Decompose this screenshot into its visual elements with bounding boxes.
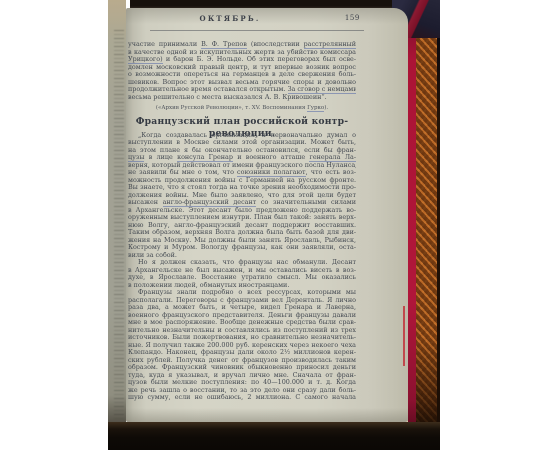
header-rule xyxy=(150,30,364,31)
text-line: («Архив Русской Революции», т. XV. Воспо… xyxy=(128,105,356,113)
text-line: должения войны. Мне было заявлено, что д… xyxy=(128,192,356,200)
text-column: участие принимали В. Ф. Трепов (впоследс… xyxy=(128,41,356,402)
text-line: оруженным выступлением изнутри. План был… xyxy=(128,214,356,222)
text-line: располагали. Переговоры с французами вел… xyxy=(128,297,356,305)
text-line: о возможности опереться на германцев в д… xyxy=(128,71,356,79)
text-line: в качестве одной из искупительных жертв … xyxy=(128,49,356,57)
text-line: жения на Москву. Мы должны были занять Я… xyxy=(128,237,356,245)
text-line: нюю Волгу, англо-французский десант подд… xyxy=(128,222,356,230)
paragraph-3: Но я должен сказать, что французы нас об… xyxy=(128,259,356,289)
text-line: высажен англо-французский десант со знач… xyxy=(128,199,356,207)
text-line: на этом плане я бы окончательно останови… xyxy=(128,147,356,155)
text-line: нительно незначительны и составлялись из… xyxy=(128,327,356,335)
text-line: не заявили бы мне о том, что союзники по… xyxy=(128,169,356,177)
text-line: шевиков. Вопрос этот вызвал весьма горяч… xyxy=(128,79,356,87)
text-line: выступлении в Москве силами этой организ… xyxy=(128,139,356,147)
text-line: Кострому и Муром. Вологду французы, как … xyxy=(128,244,356,252)
left-page-edge xyxy=(108,0,126,450)
text-line: шую сумму, если не ошибаюсь, 2 миллиона.… xyxy=(128,394,356,402)
text-line: Вы знаете, что я стоял тогда на точке зр… xyxy=(128,184,356,192)
cover-weave-edge xyxy=(416,0,437,450)
running-head: ОКТЯБРЬ. xyxy=(128,14,332,23)
text-line: в Архангельске. Этот десант было предлож… xyxy=(128,207,356,215)
text-line: военного французского представителя. Ден… xyxy=(128,312,356,320)
bottom-shadow-band xyxy=(108,422,440,450)
text-line: продолжительное время оставался открытым… xyxy=(128,86,356,94)
text-line: Клепандо. Наконец, французы дали около 2… xyxy=(128,349,356,357)
paragraph-2: „Когда создавалась организация, я первон… xyxy=(128,132,356,260)
text-line: вили за собой. xyxy=(128,252,356,260)
text-line: же речь зашла о восстании, то за это дел… xyxy=(128,387,356,395)
text-line: Таким образом, верхняя Волга должна была… xyxy=(128,229,356,237)
text-line: верня, который действовал от имени франц… xyxy=(128,162,356,170)
text-line: можность продолжения войны с Германией н… xyxy=(128,177,356,185)
text-line: образом. Французский чиновник обыкновенн… xyxy=(128,364,356,372)
text-line: мне в мое распоряжение. Вообще денежные … xyxy=(128,319,356,327)
red-margin-mark xyxy=(403,306,405,366)
text-line: ные. Я получил также 200.000 руб. керенс… xyxy=(128,342,356,350)
text-line: в положении людей, обманутых иностранцам… xyxy=(128,282,356,290)
text-line: раза два, а может быть, и четыре, видел … xyxy=(128,304,356,312)
text-line: Но я должен сказать, что французы нас об… xyxy=(128,259,356,267)
paragraph-4: Французы знали подробно о всех рессурсах… xyxy=(128,289,356,402)
text-line: в Архангельске не был высажен, и мы оста… xyxy=(128,267,356,275)
screenshot-canvas: ОКТЯБРЬ. 159 участие принимали В. Ф. Тре… xyxy=(0,0,550,450)
text-line: духе, в Ярославле. Восстание утратило см… xyxy=(128,274,356,282)
text-line: участие принимали В. Ф. Трепов (впоследс… xyxy=(128,41,356,49)
text-line: Французы знали подробно о всех рессурсах… xyxy=(128,289,356,297)
text-line: весьма решительно с места высказался А. … xyxy=(128,94,356,102)
page-number: 159 xyxy=(345,14,360,22)
page-header: ОКТЯБРЬ. 159 xyxy=(128,14,356,24)
book-page: ОКТЯБРЬ. 159 участие принимали В. Ф. Тре… xyxy=(126,8,408,422)
source-citation: («Архив Русской Революции», т. XV. Воспо… xyxy=(128,105,356,113)
cover-dark-edge xyxy=(437,0,440,450)
text-line: ских рублей. Получка денег от французов … xyxy=(128,357,356,365)
paragraph-1: участие принимали В. Ф. Трепов (впоследс… xyxy=(128,41,356,101)
section-heading: Французский план российской контр-револю… xyxy=(128,116,356,128)
text-line: „Когда создавалась организация, я первон… xyxy=(128,132,356,140)
text-line: домлен московский правый центр, и тут вп… xyxy=(128,64,356,72)
text-line: Урицкого) и барон Б. Э. Нольде. Об этих … xyxy=(128,56,356,64)
text-line: цузов были мелкие поступления: по 40—100… xyxy=(128,379,356,387)
text-line: источников. Были пожертвования, но сравн… xyxy=(128,334,356,342)
book-photo: ОКТЯБРЬ. 159 участие принимали В. Ф. Тре… xyxy=(108,0,440,450)
text-line: туда, куда я указывал, и вручал лично мн… xyxy=(128,372,356,380)
cover-crimson-trim xyxy=(408,0,416,448)
text-line: цузы в лице консула Гренар и военного ат… xyxy=(128,154,356,162)
